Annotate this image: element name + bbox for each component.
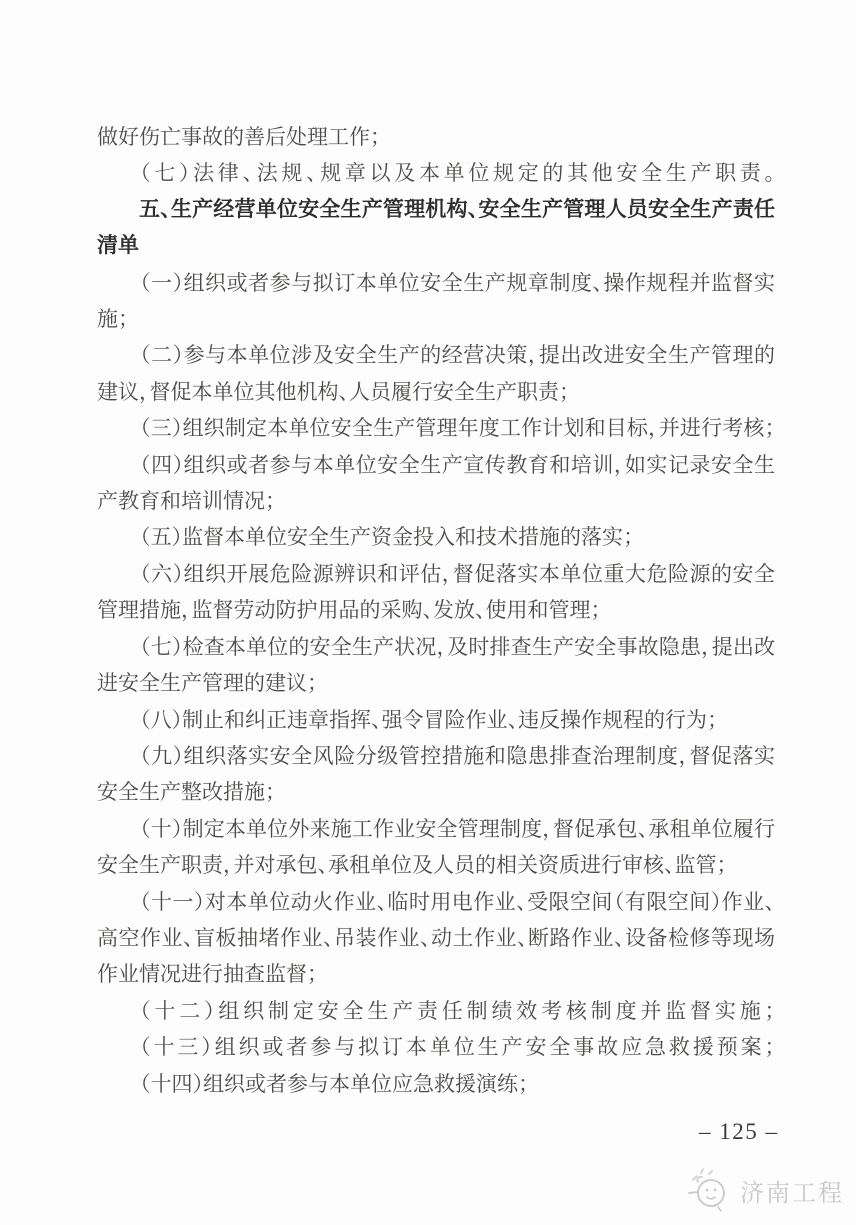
list-item-5: （五）监督本单位安全生产资金投入和技术措施的落实； (97, 519, 775, 555)
list-item-6: （六）组织开展危险源辨识和评估，督促落实本单位重大危险源的安全管理措施，监督劳动… (97, 556, 775, 629)
list-item-13: （十三）组织或者参与拟订本单位生产安全事故应急救援预案； (97, 1029, 775, 1065)
list-item-7: （七）检查本单位的安全生产状况，及时排查生产安全事故隐患，提出改进安全生产管理的… (97, 629, 775, 702)
document-text-block: 做好伤亡事故的善后处理工作； （七）法律、法规、规章以及本单位规定的其他安全生产… (97, 119, 775, 1102)
list-item-11: （十一）对本单位动火作业、临时用电作业、受限空间（有限空间）作业、高空作业、盲板… (97, 884, 775, 993)
document-page: 做好伤亡事故的善后处理工作； （七）法律、法规、规章以及本单位规定的其他安全生产… (0, 0, 856, 1225)
list-item-9: （九）组织落实安全风险分级管控措施和隐患排查治理制度，督促落实安全生产整改措施； (97, 738, 775, 811)
watermark: 济南工程 (687, 1166, 844, 1214)
list-item-prev-7: （七）法律、法规、规章以及本单位规定的其他安全生产职责。 (97, 155, 775, 191)
section-heading: 五、生产经营单位安全生产管理机构、安全生产管理人员安全生产责任清单 (97, 192, 775, 265)
list-item-2: （二）参与本单位涉及安全生产的经营决策，提出改进安全生产管理的建议，督促本单位其… (97, 337, 775, 410)
list-item-12: （十二）组织制定安全生产责任制绩效考核制度并监督实施； (97, 993, 775, 1029)
watermark-text: 济南工程 (740, 1173, 844, 1208)
list-item-10: （十）制定本单位外来施工作业安全管理制度，督促承包、承租单位履行安全生产职责，并… (97, 811, 775, 884)
list-item-1: （一）组织或者参与拟订本单位安全生产规章制度、操作规程并监督实施； (97, 265, 775, 338)
list-item-4: （四）组织或者参与本单位安全生产宣传教育和培训，如实记录安全生产教育和培训情况； (97, 447, 775, 520)
list-item-14: （十四）组织或者参与本单位应急救援演练； (97, 1066, 775, 1102)
list-item-3: （三）组织制定本单位安全生产管理年度工作计划和目标，并进行考核； (97, 410, 775, 446)
page-number: – 125 – (699, 1119, 779, 1145)
mascot-logo-icon (687, 1166, 731, 1214)
list-item-8: （八）制止和纠正违章指挥、强令冒险作业、违反操作规程的行为； (97, 702, 775, 738)
paragraph-continuation: 做好伤亡事故的善后处理工作； (97, 119, 775, 155)
